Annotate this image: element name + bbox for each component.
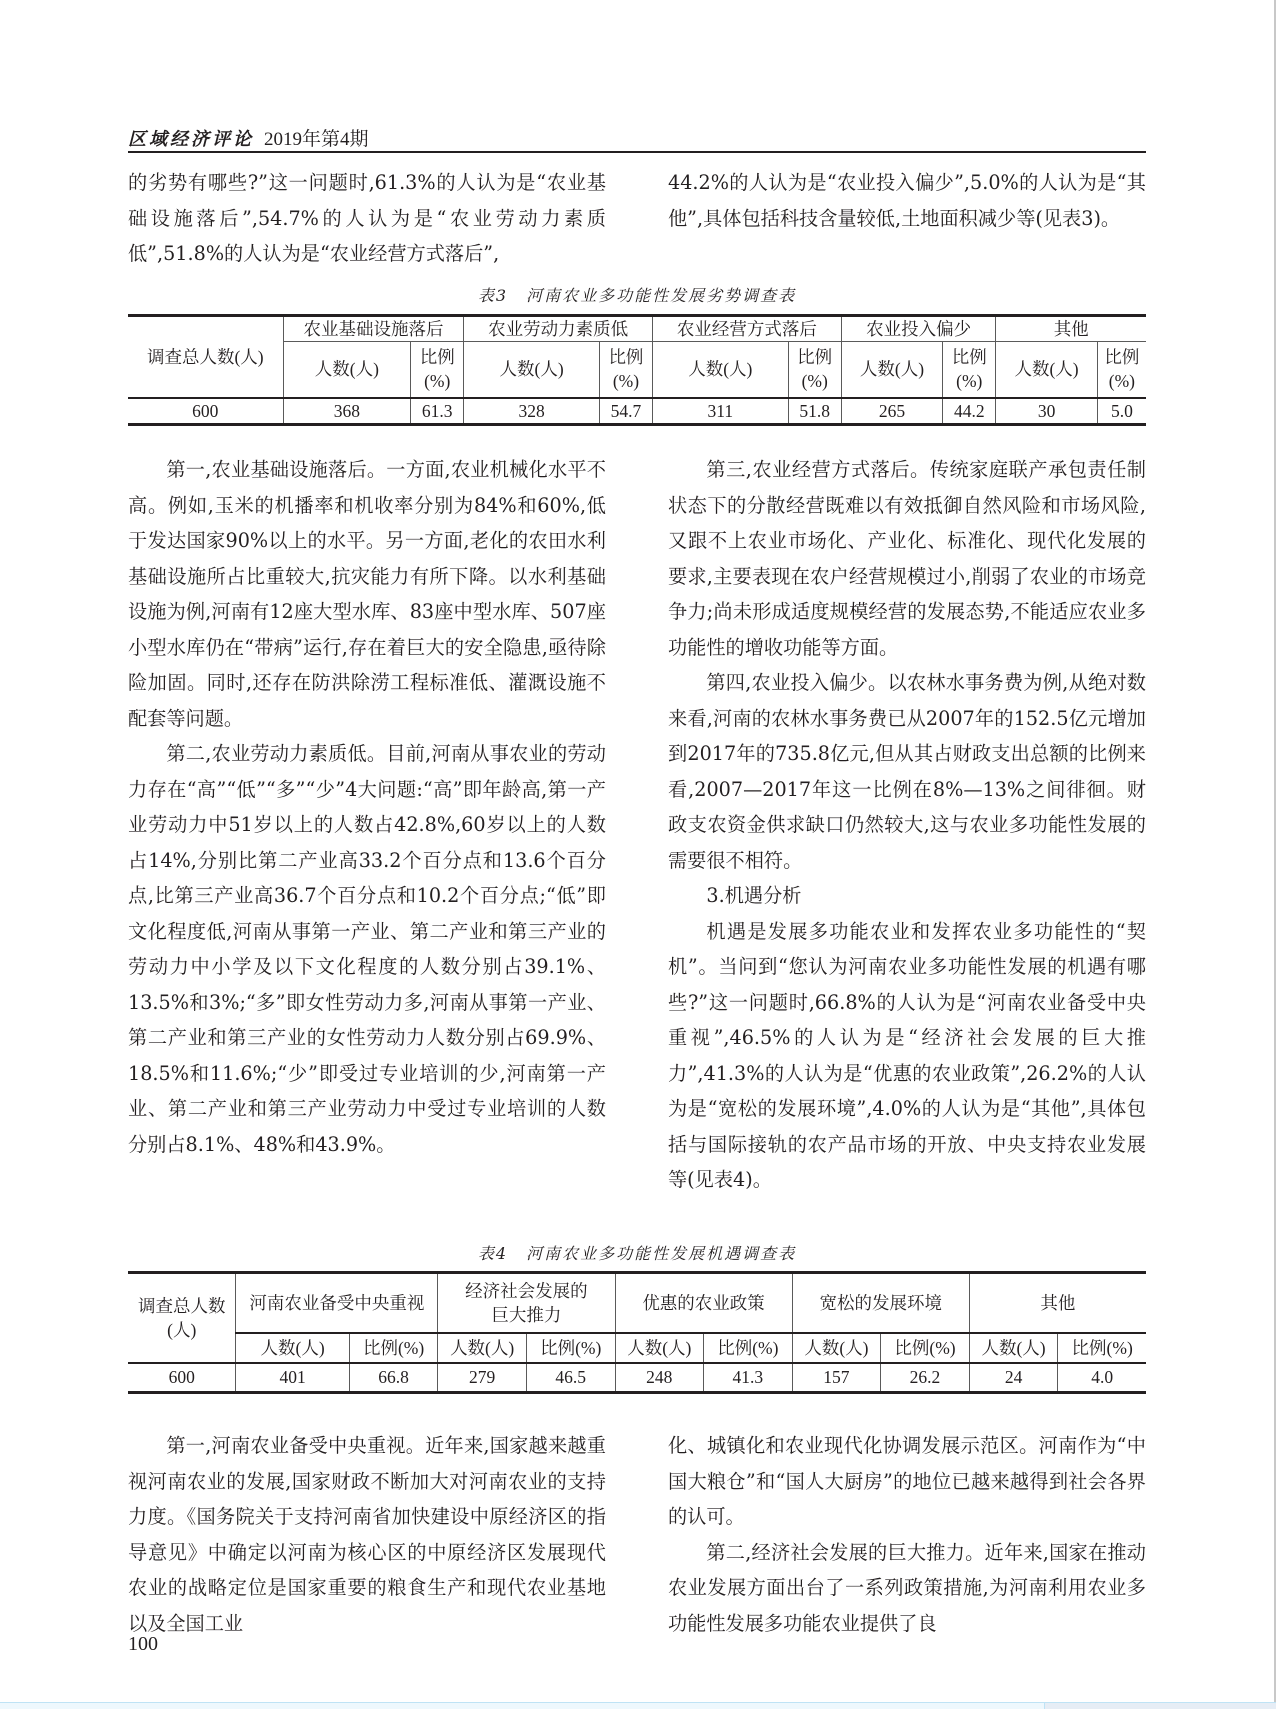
paragraph-operation: 第三,农业经营方式落后。传统家庭联产承包责任制状态下的分散经营既难以有效抵御自然… bbox=[668, 452, 1146, 665]
header-rule bbox=[128, 151, 1146, 153]
paragraph: 44.2%的人认为是“农业投入偏少”,5.0%的人认为是“其他”,具体包括科技含… bbox=[668, 165, 1146, 236]
paragraph-continuation: 化、城镇化和农业现代化协调发展示范区。河南作为“中国大粮仓”和“国人大厨房”的地… bbox=[668, 1428, 1146, 1535]
table4-cell: 66.8 bbox=[349, 1363, 438, 1393]
bottom-right-column: 化、城镇化和农业现代化协调发展示范区。河南作为“中国大粮仓”和“国人大厨房”的地… bbox=[668, 1428, 1146, 1641]
middle-left-column: 第一,农业基础设施落后。一方面,农业机械化水平不高。例如,玉米的机播率和机收率分… bbox=[128, 452, 606, 1162]
table4-row-header: 调查总人数(人) bbox=[128, 1273, 236, 1363]
table4-subheader-ratio: 比例(%) bbox=[526, 1333, 615, 1363]
ratio-unit: (%) bbox=[945, 369, 993, 393]
table3-subheader-count: 人数(人) bbox=[841, 342, 942, 398]
table3-category: 农业基础设施落后 bbox=[283, 316, 464, 342]
table3-category: 农业劳动力素质低 bbox=[464, 316, 653, 342]
ratio-label: 比例 bbox=[791, 345, 839, 369]
table4-subheader-ratio: 比例(%) bbox=[349, 1333, 438, 1363]
journal-page: 区域经济评论2019年第4期 的劣势有哪些?”这一问题时,61.3%的人认为是“… bbox=[0, 0, 1275, 1703]
table4-category: 河南农业备受中央重视 bbox=[236, 1273, 438, 1333]
table3-subheader-ratio: 比例(%) bbox=[1097, 342, 1146, 398]
table4-cell: 41.3 bbox=[704, 1363, 793, 1393]
table3-subheader-ratio: 比例(%) bbox=[599, 342, 652, 398]
table3-row-header: 调查总人数(人) bbox=[128, 316, 283, 398]
table3-subheader-ratio: 比例(%) bbox=[411, 342, 464, 398]
table3-cell: 265 bbox=[841, 398, 942, 425]
paragraph-labor: 第二,农业劳动力素质低。目前,河南从事农业的劳动力存在“高”“低”“多”“少”4… bbox=[128, 736, 606, 1162]
top-left-column: 的劣势有哪些?”这一问题时,61.3%的人认为是“农业基础设施落后”,54.7%… bbox=[128, 165, 606, 272]
journal-title: 区域经济评论 bbox=[128, 129, 254, 150]
running-head: 区域经济评论2019年第4期 bbox=[128, 124, 1146, 150]
table3-subheader-count: 人数(人) bbox=[464, 342, 600, 398]
table3-subheader-count: 人数(人) bbox=[996, 342, 1097, 398]
table4-subheader-count: 人数(人) bbox=[969, 1333, 1058, 1363]
table3-category: 其他 bbox=[996, 316, 1146, 342]
table4-subheader-count: 人数(人) bbox=[615, 1333, 704, 1363]
table4: 调查总人数(人) 河南农业备受中央重视 经济社会发展的巨大推力 优惠的农业政策 … bbox=[128, 1271, 1146, 1394]
table3: 调查总人数(人) 农业基础设施落后 农业劳动力素质低 农业经营方式落后 农业投入… bbox=[128, 314, 1146, 426]
table4-subheader-ratio: 比例(%) bbox=[881, 1333, 970, 1363]
table3-subheader-ratio: 比例(%) bbox=[943, 342, 996, 398]
category-line: 经济社会发展的 bbox=[440, 1279, 612, 1303]
paragraph-infrastructure: 第一,农业基础设施落后。一方面,农业机械化水平不高。例如,玉米的机播率和机收率分… bbox=[128, 452, 606, 736]
table4-cell: 24 bbox=[969, 1363, 1058, 1393]
paragraph: 的劣势有哪些?”这一问题时,61.3%的人认为是“农业基础设施落后”,54.7%… bbox=[128, 165, 606, 272]
table3-cell: 30 bbox=[996, 398, 1097, 425]
table3-cell: 368 bbox=[283, 398, 411, 425]
ratio-label: 比例 bbox=[1100, 345, 1144, 369]
table4-subheader-ratio: 比例(%) bbox=[704, 1333, 793, 1363]
table3-caption: 表3 河南农业多功能性发展劣势调查表 bbox=[128, 283, 1146, 306]
table4-total: 600 bbox=[128, 1363, 236, 1393]
row-header-line: 调查总人数 bbox=[130, 1294, 233, 1318]
table4-cell: 157 bbox=[792, 1363, 881, 1393]
table4-category: 宽松的发展环境 bbox=[792, 1273, 969, 1333]
table4-subheader-count: 人数(人) bbox=[438, 1333, 527, 1363]
paragraph-investment: 第四,农业投入偏少。以农林水事务费为例,从绝对数来看,河南的农林水事务费已从20… bbox=[668, 665, 1146, 878]
bottom-left-column: 第一,河南农业备受中央重视。近年来,国家越来越重视河南农业的发展,国家财政不断加… bbox=[128, 1428, 606, 1641]
table3-cell: 61.3 bbox=[411, 398, 464, 425]
row-header-unit: (人) bbox=[130, 1318, 233, 1342]
table4-cell: 26.2 bbox=[881, 1363, 970, 1393]
ratio-label: 比例 bbox=[602, 345, 650, 369]
table3-subheader-ratio: 比例(%) bbox=[788, 342, 841, 398]
paragraph-central-attention: 第一,河南农业备受中央重视。近年来,国家越来越重视河南农业的发展,国家财政不断加… bbox=[128, 1428, 606, 1641]
journal-issue: 2019年第4期 bbox=[264, 129, 369, 150]
table4-cell: 4.0 bbox=[1058, 1363, 1146, 1393]
ratio-unit: (%) bbox=[791, 369, 839, 393]
table4-cell: 248 bbox=[615, 1363, 704, 1393]
table4-caption: 表4 河南农业多功能性发展机遇调查表 bbox=[128, 1241, 1146, 1264]
table4-subheader-ratio: 比例(%) bbox=[1058, 1333, 1146, 1363]
paragraph-opportunity: 机遇是发展多功能农业和发挥农业多功能性的“契机”。当问到“您认为河南农业多功能性… bbox=[668, 914, 1146, 1198]
table3-cell: 311 bbox=[653, 398, 789, 425]
table3-cell: 51.8 bbox=[788, 398, 841, 425]
table4-subheader-count: 人数(人) bbox=[792, 1333, 881, 1363]
ratio-unit: (%) bbox=[602, 369, 650, 393]
table4-cell: 279 bbox=[438, 1363, 527, 1393]
ratio-unit: (%) bbox=[413, 369, 461, 393]
table4-category: 其他 bbox=[969, 1273, 1146, 1333]
middle-right-column: 第三,农业经营方式落后。传统家庭联产承包责任制状态下的分散经营既难以有效抵御自然… bbox=[668, 452, 1146, 1198]
table4-subheader-count: 人数(人) bbox=[236, 1333, 349, 1363]
table4-cell: 401 bbox=[236, 1363, 349, 1393]
table3-cell: 328 bbox=[464, 398, 600, 425]
table3-category: 农业投入偏少 bbox=[841, 316, 996, 342]
page-number: 100 bbox=[128, 1633, 158, 1656]
table4-category: 经济社会发展的巨大推力 bbox=[438, 1273, 615, 1333]
ratio-unit: (%) bbox=[1100, 369, 1144, 393]
table4-category: 优惠的农业政策 bbox=[615, 1273, 792, 1333]
top-right-column: 44.2%的人认为是“农业投入偏少”,5.0%的人认为是“其他”,具体包括科技含… bbox=[668, 165, 1146, 236]
viewer-bottom-tab bbox=[0, 1703, 1045, 1709]
table3-category: 农业经营方式落后 bbox=[653, 316, 842, 342]
table4-cell: 46.5 bbox=[526, 1363, 615, 1393]
ratio-label: 比例 bbox=[413, 345, 461, 369]
category-line: 巨大推力 bbox=[440, 1303, 612, 1327]
table3-subheader-count: 人数(人) bbox=[653, 342, 789, 398]
table3-cell: 44.2 bbox=[943, 398, 996, 425]
viewer-bottom-bar bbox=[0, 1702, 1276, 1709]
table3-total: 600 bbox=[128, 398, 283, 425]
ratio-label: 比例 bbox=[945, 345, 993, 369]
paragraph-economic-push: 第二,经济社会发展的巨大推力。近年来,国家在推动农业发展方面出台了一系列政策措施… bbox=[668, 1535, 1146, 1642]
table3-subheader-count: 人数(人) bbox=[283, 342, 411, 398]
table3-cell: 54.7 bbox=[599, 398, 652, 425]
section-heading-opportunity: 3.机遇分析 bbox=[668, 878, 1146, 914]
table3-cell: 5.0 bbox=[1097, 398, 1146, 425]
